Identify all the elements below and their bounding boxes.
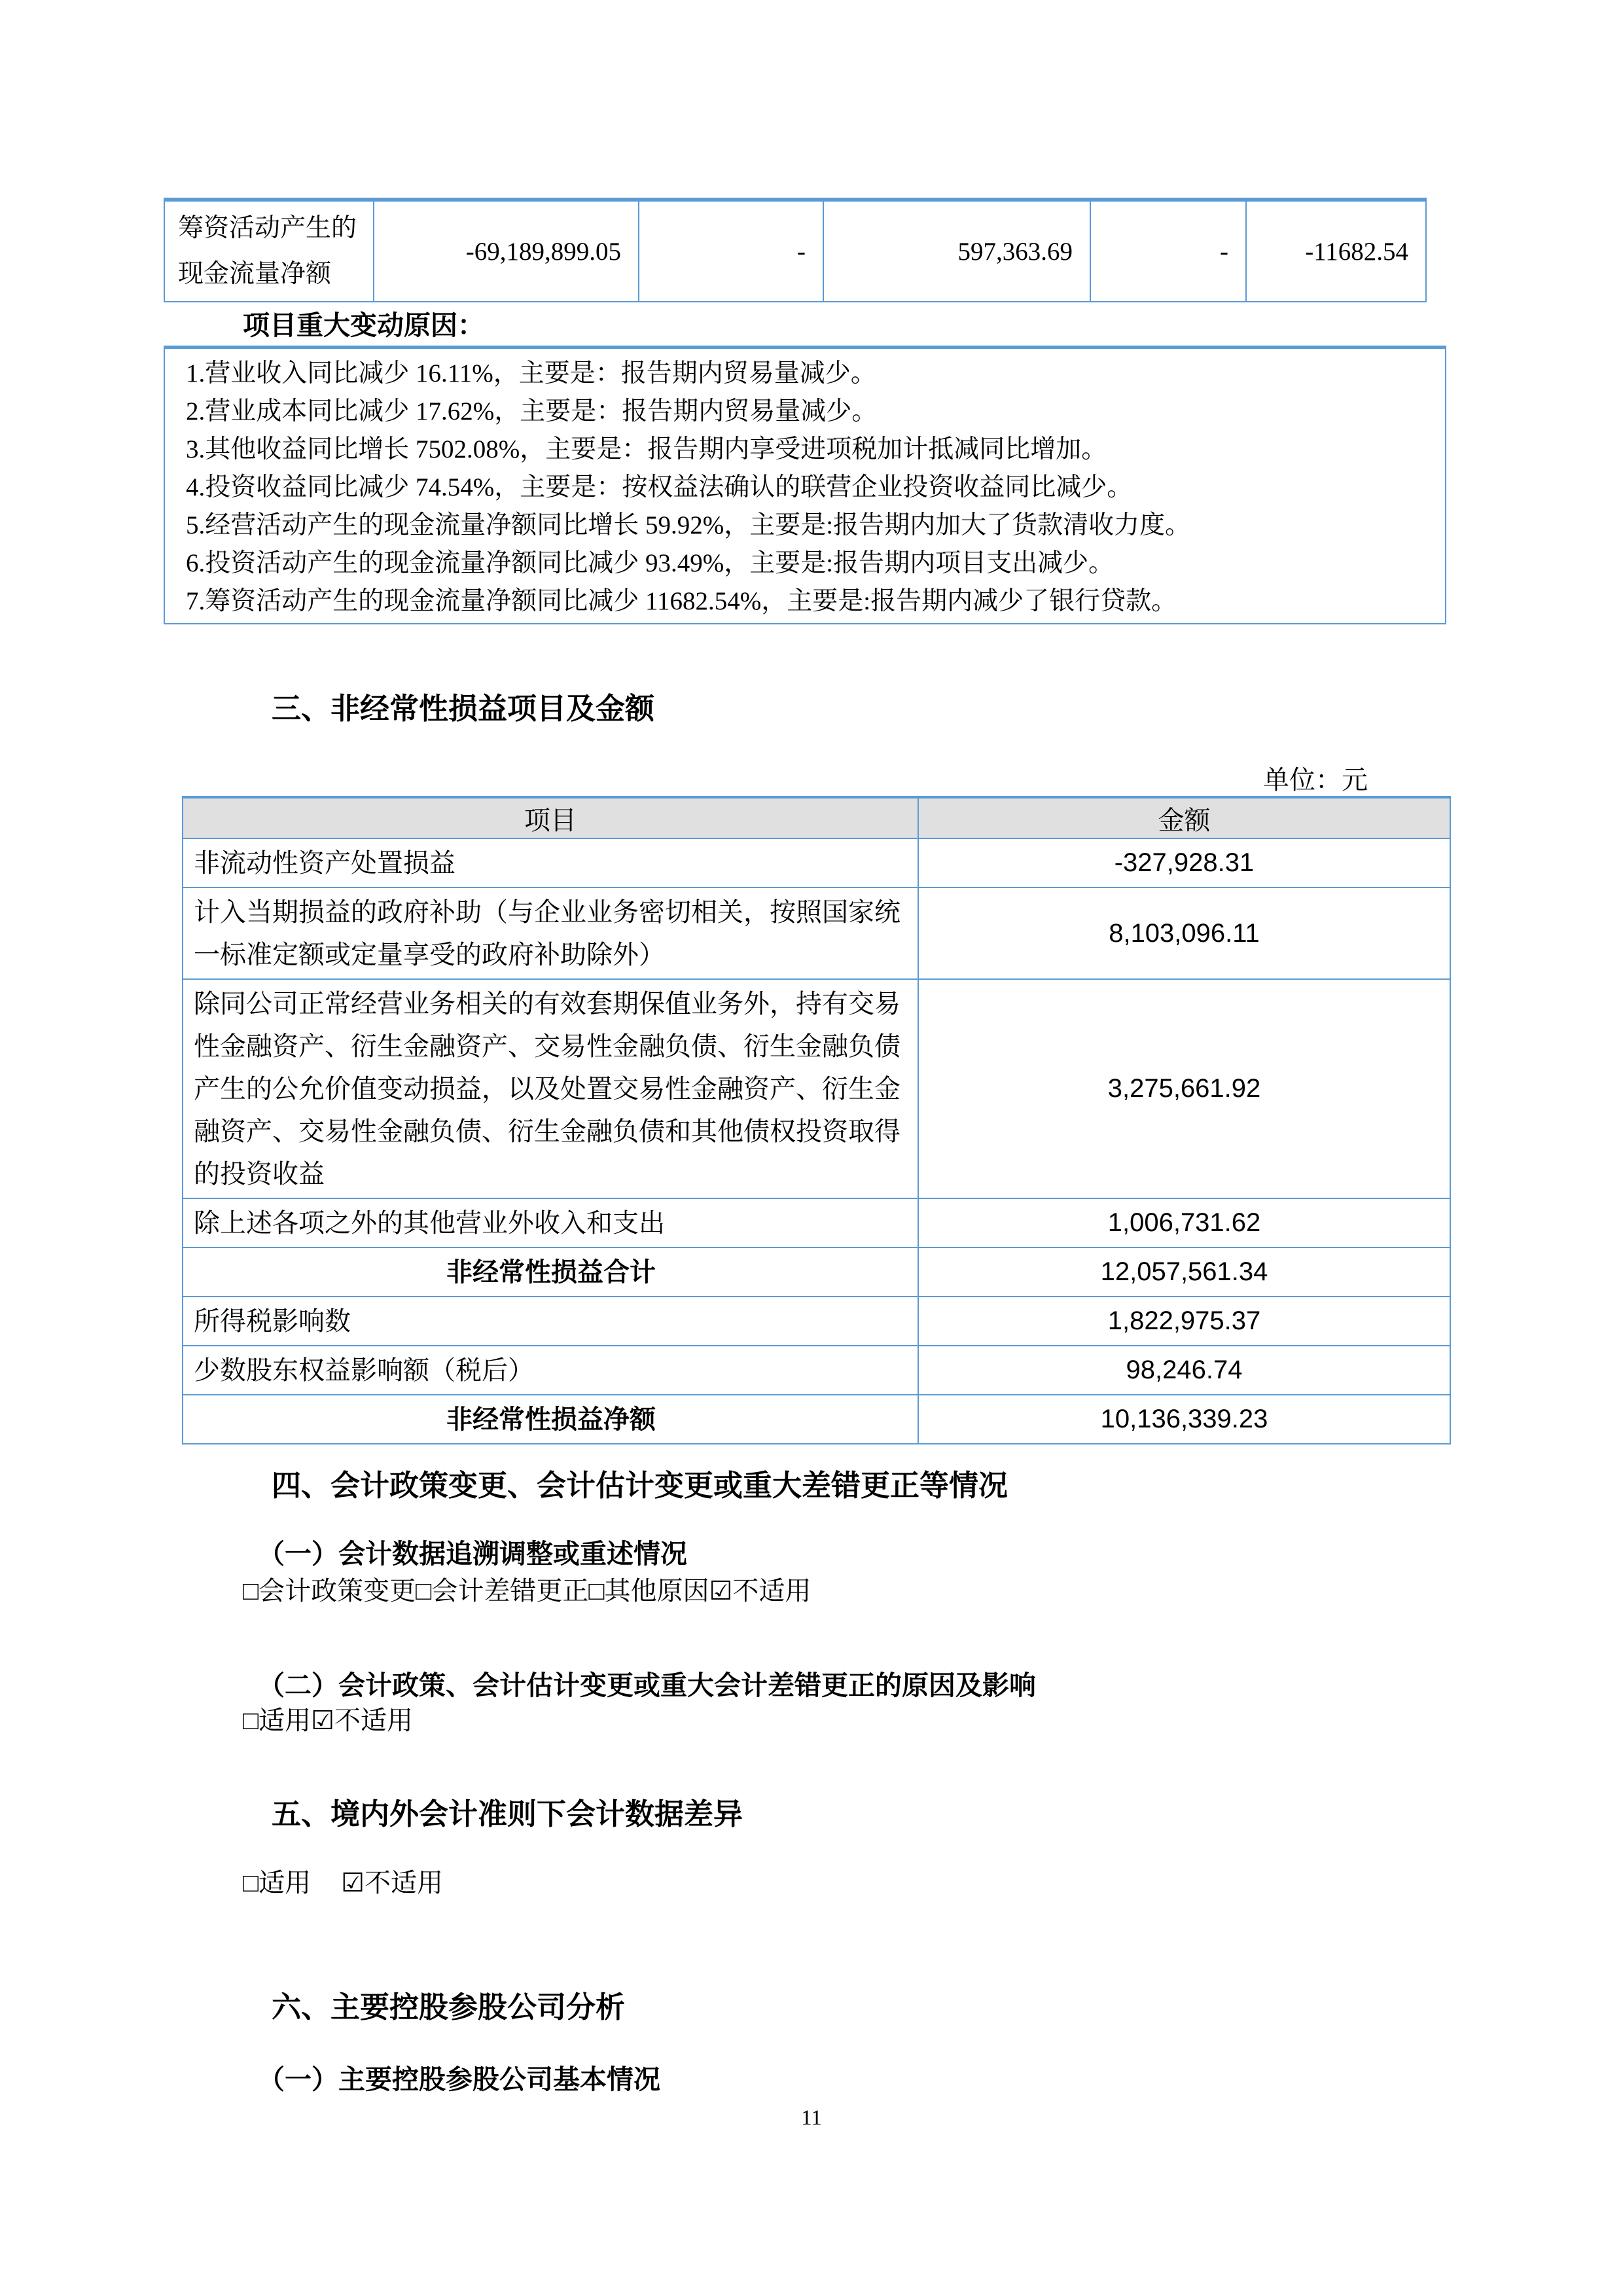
reason-item: 6.投资活动产生的现金流量净额同比减少 93.49%，主要是:报告期内项目支出减…: [186, 545, 1433, 583]
section-3-heading: 三、非经常性损益项目及金额: [272, 691, 654, 726]
checkbox-option-group: □会计政策变更□会计差错更正□其他原因☑不适用: [243, 1575, 811, 1607]
reason-item: 2.营业成本同比减少 17.62%，主要是：报告期内贸易量减少。: [186, 393, 1433, 431]
checkbox-option: ☑不适用: [311, 1706, 413, 1735]
reasons-box: 1.营业收入同比减少 16.11%，主要是：报告期内贸易量减少。 2.营业成本同…: [164, 346, 1446, 624]
cashflow-table-fragment: 筹资活动产生的现金流量净额 -69,189,899.05 - 597,363.6…: [164, 198, 1427, 302]
table-row: 除同公司正常经营业务相关的有效套期保值业务外，持有交易性金融资产、衍生金融资产、…: [183, 979, 1450, 1198]
checkbox-option-label: 不适用: [334, 1706, 413, 1735]
checkbox-checked-icon: ☑: [709, 1576, 733, 1605]
page-number: 11: [0, 2106, 1623, 2130]
row-amount: 1,822,975.37: [918, 1297, 1450, 1346]
unit-note: 单位：元: [1263, 759, 1368, 797]
row-amount: 10,136,339.23: [918, 1395, 1450, 1444]
cashflow-value-cell: -69,189,899.05: [374, 200, 639, 302]
row-amount: 8,103,096.11: [918, 888, 1450, 979]
checkbox-option-label: 适用: [259, 1706, 311, 1735]
checkbox-unchecked-icon: □: [588, 1576, 604, 1605]
table-row-total: 非经常性损益合计 12,057,561.34: [183, 1247, 1450, 1297]
checkbox-option: □会计差错更正: [416, 1576, 588, 1605]
row-label: 除同公司正常经营业务相关的有效套期保值业务外，持有交易性金融资产、衍生金融资产、…: [183, 979, 918, 1198]
checkbox-option: □适用: [243, 1706, 311, 1735]
checkbox-option-label: 不适用: [732, 1576, 811, 1605]
checkbox-unchecked-icon: □: [243, 1868, 259, 1897]
checkbox-unchecked-icon: □: [416, 1576, 431, 1605]
column-header-item: 项目: [183, 797, 918, 838]
checkbox-option-label: 其他原因: [605, 1576, 709, 1605]
row-amount: 1,006,731.62: [918, 1198, 1450, 1247]
row-amount: 3,275,661.92: [918, 979, 1450, 1198]
table-header-row: 项目 金额: [183, 797, 1450, 838]
reason-item: 1.营业收入同比减少 16.11%，主要是：报告期内贸易量减少。: [186, 355, 1433, 393]
section-4-sub1-heading: （一）会计数据追溯调整或重述情况: [258, 1537, 687, 1570]
row-label: 非经常性损益净额: [183, 1395, 918, 1444]
checkbox-option-label: 会计政策变更: [259, 1576, 416, 1605]
checkbox-unchecked-icon: □: [243, 1576, 259, 1605]
section-4-heading: 四、会计政策变更、会计估计变更或重大差错更正等情况: [272, 1468, 1008, 1503]
nonrecurring-gains-table: 项目 金额 非流动性资产处置损益 -327,928.31 计入当期损益的政府补助…: [182, 796, 1451, 1444]
report-page: 筹资活动产生的现金流量净额 -69,189,899.05 - 597,363.6…: [0, 0, 1623, 2296]
row-label: 非经常性损益合计: [183, 1247, 918, 1297]
row-amount: 12,057,561.34: [918, 1247, 1450, 1297]
checkbox-option-group: □适用☑不适用: [243, 1704, 413, 1737]
table-row: 少数股东权益影响额（税后） 98,246.74: [183, 1346, 1450, 1395]
checkbox-option-label: 不适用: [365, 1868, 443, 1897]
row-label: 所得税影响数: [183, 1297, 918, 1346]
checkbox-checked-icon: ☑: [311, 1706, 334, 1735]
checkbox-option: □适用: [243, 1868, 311, 1897]
row-amount: -327,928.31: [918, 838, 1450, 888]
cashflow-value-cell: -: [639, 200, 823, 302]
checkbox-option-group: □适用☑不适用: [243, 1867, 443, 1899]
reason-item: 3.其他收益同比增长 7502.08%，主要是：报告期内享受进项税加计抵减同比增…: [186, 431, 1433, 469]
checkbox-checked-icon: ☑: [341, 1868, 365, 1897]
reasons-heading: 项目重大变动原因：: [243, 309, 484, 342]
reason-item: 5.经营活动产生的现金流量净额同比增长 59.92%，主要是:报告期内加大了货款…: [186, 507, 1433, 545]
row-label: 计入当期损益的政府补助（与企业业务密切相关，按照国家统一标准定额或定量享受的政府…: [183, 888, 918, 979]
table-row: 非流动性资产处置损益 -327,928.31: [183, 838, 1450, 888]
row-label: 少数股东权益影响额（税后）: [183, 1346, 918, 1395]
row-label: 除上述各项之外的其他营业外收入和支出: [183, 1198, 918, 1247]
row-amount: 98,246.74: [918, 1346, 1450, 1395]
checkbox-option: ☑不适用: [709, 1576, 811, 1605]
checkbox-option: □其他原因: [588, 1576, 709, 1605]
section-4-sub2-heading: （二）会计政策、会计估计变更或重大会计差错更正的原因及影响: [258, 1669, 1036, 1702]
table-row-total: 非经常性损益净额 10,136,339.23: [183, 1395, 1450, 1444]
cashflow-value-cell: -: [1090, 200, 1246, 302]
section-5-heading: 五、境内外会计准则下会计数据差异: [272, 1797, 743, 1832]
checkbox-option: ☑不适用: [341, 1868, 443, 1897]
checkbox-unchecked-icon: □: [243, 1706, 259, 1735]
section-6-sub1-heading: （一）主要控股参股公司基本情况: [258, 2063, 660, 2096]
cashflow-row-label: 筹资活动产生的现金流量净额: [164, 200, 374, 302]
table-row: 除上述各项之外的其他营业外收入和支出 1,006,731.62: [183, 1198, 1450, 1247]
section-6-heading: 六、主要控股参股公司分析: [272, 1990, 625, 2025]
column-header-amount: 金额: [918, 797, 1450, 838]
table-row: 筹资活动产生的现金流量净额 -69,189,899.05 - 597,363.6…: [164, 200, 1426, 302]
checkbox-option-label: 会计差错更正: [431, 1576, 588, 1605]
checkbox-option: □会计政策变更: [243, 1576, 416, 1605]
cashflow-value-cell: -11682.54: [1246, 200, 1426, 302]
row-label: 非流动性资产处置损益: [183, 838, 918, 888]
reason-item: 7.筹资活动产生的现金流量净额同比减少 11682.54%，主要是:报告期内减少…: [186, 583, 1433, 620]
checkbox-option-label: 适用: [259, 1868, 311, 1897]
reason-item: 4.投资收益同比减少 74.54%，主要是：按权益法确认的联营企业投资收益同比减…: [186, 469, 1433, 507]
table-row: 计入当期损益的政府补助（与企业业务密切相关，按照国家统一标准定额或定量享受的政府…: [183, 888, 1450, 979]
table-row: 所得税影响数 1,822,975.37: [183, 1297, 1450, 1346]
cashflow-value-cell: 597,363.69: [823, 200, 1090, 302]
